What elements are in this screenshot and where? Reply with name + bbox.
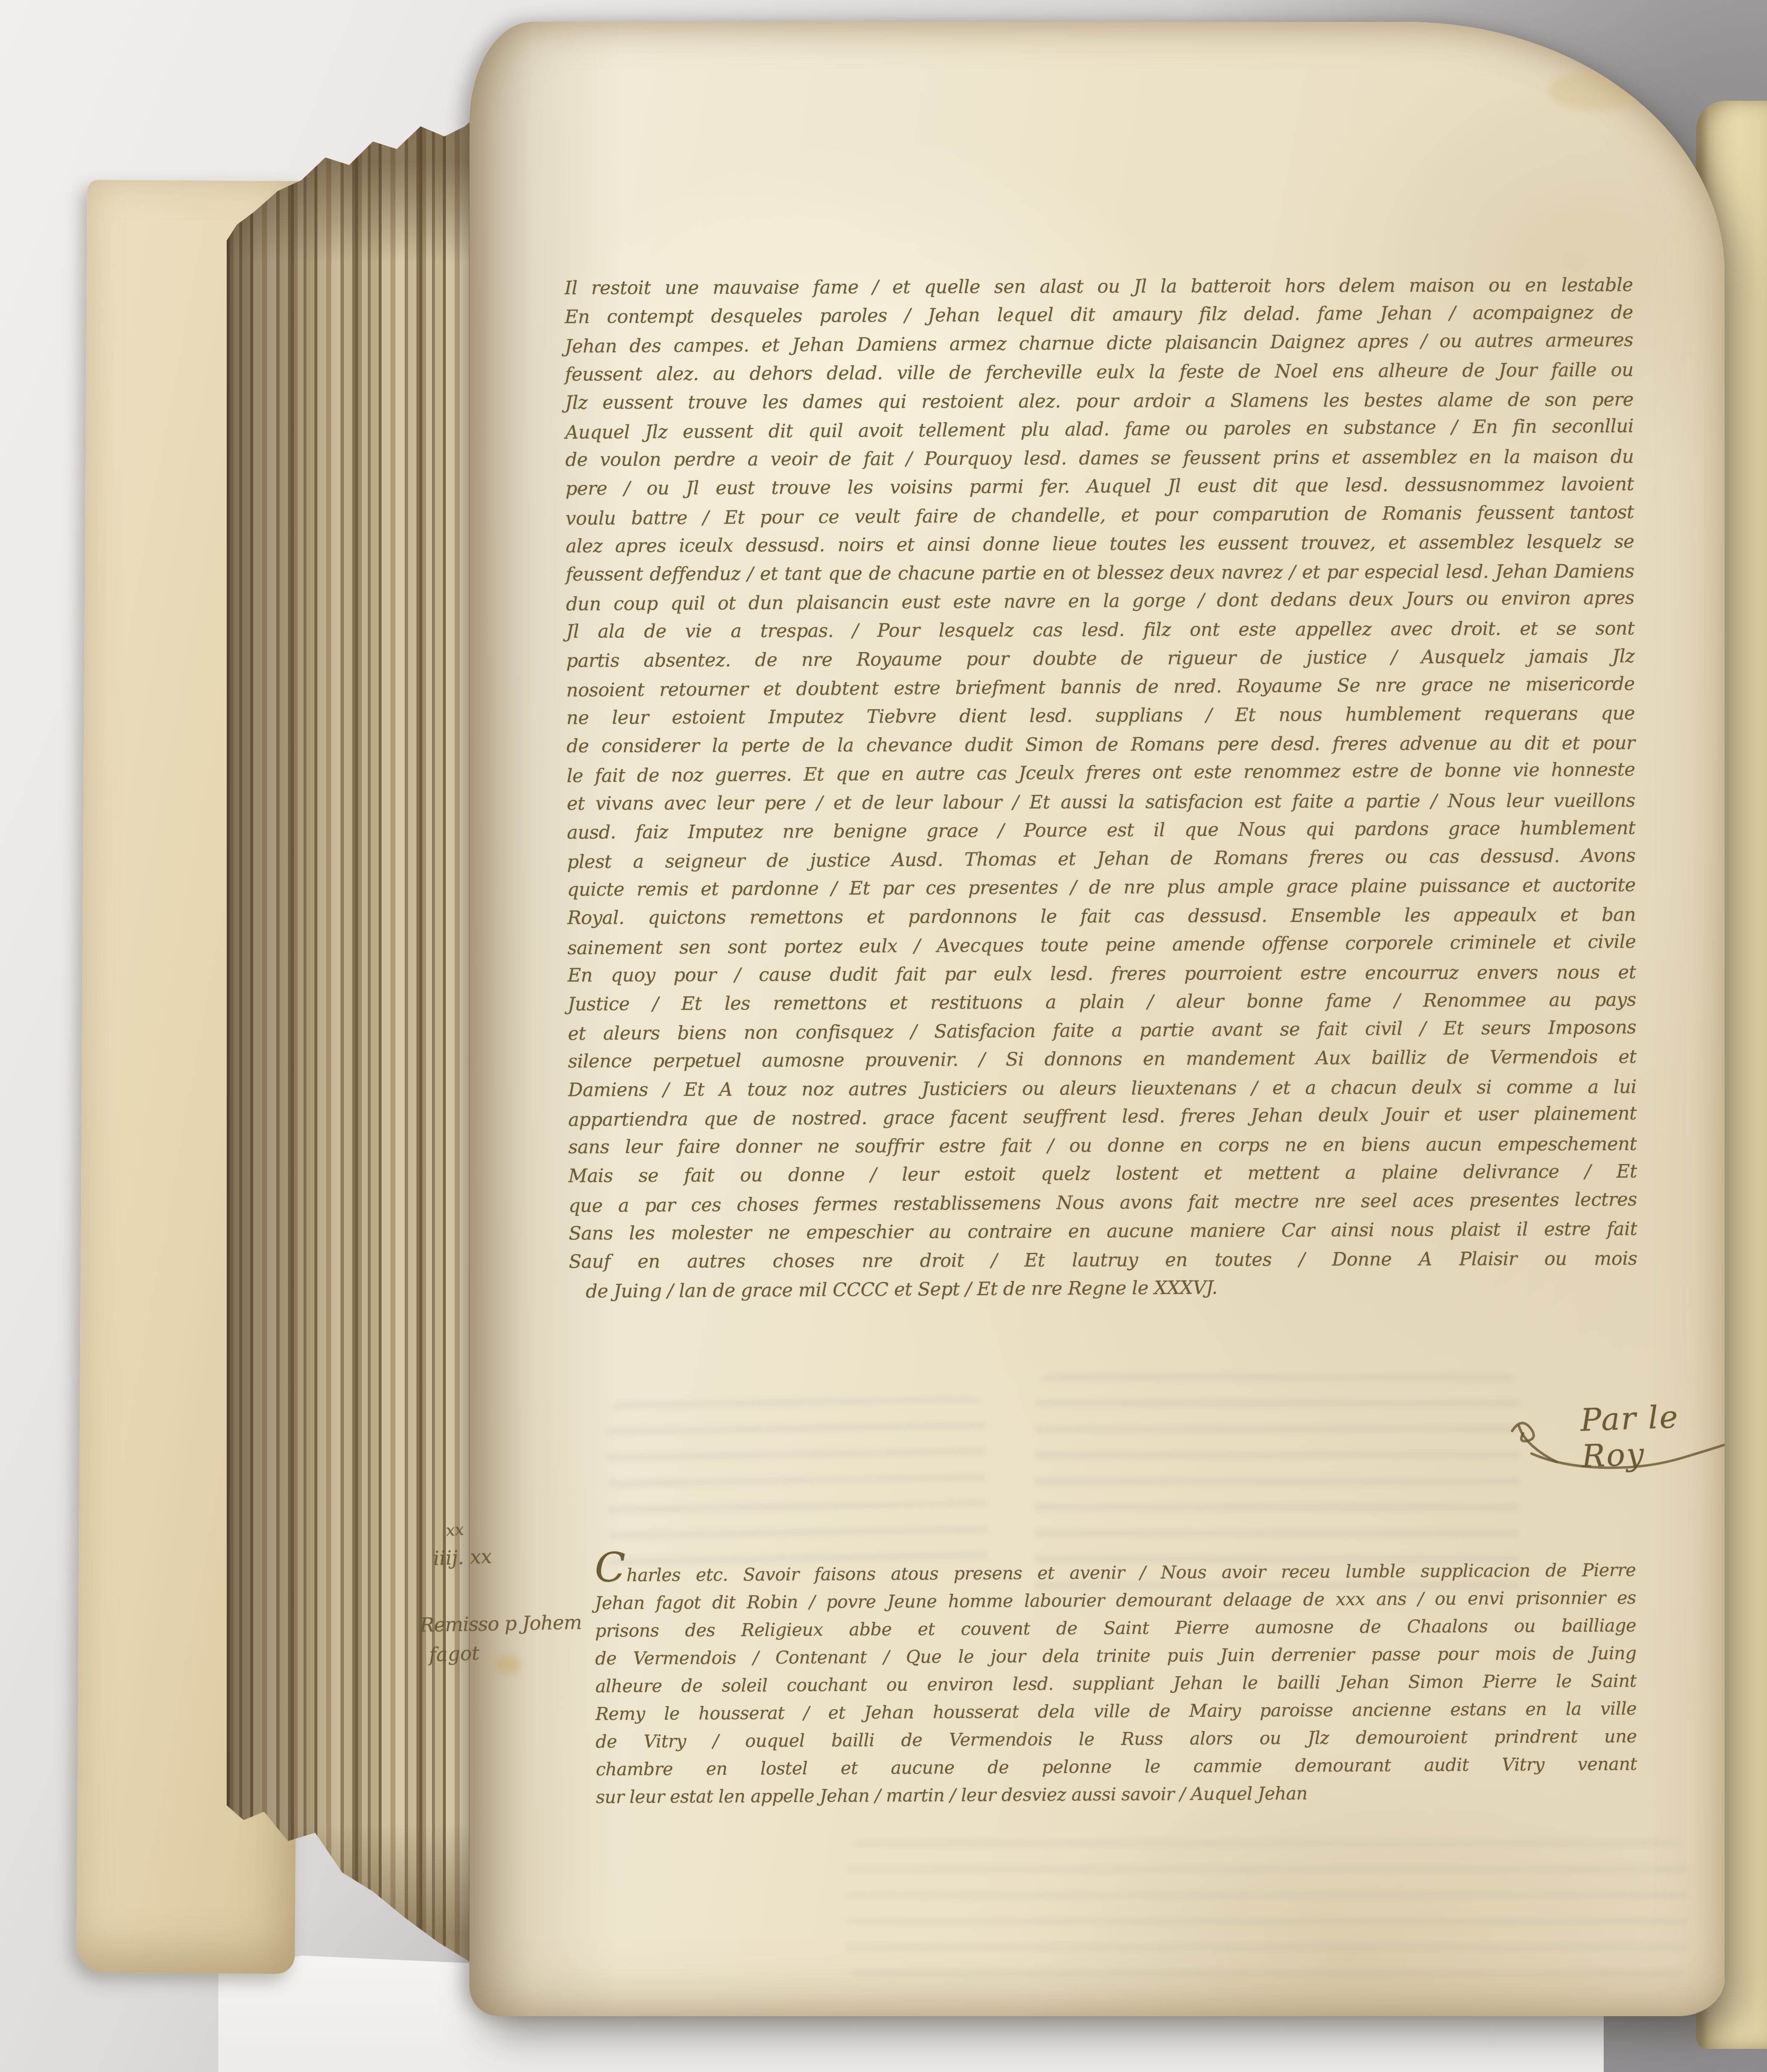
authorization-par-le-roy: Par le Roy	[1580, 1397, 1725, 1475]
parchment-stain	[495, 1655, 520, 1674]
manuscript-text-line: de Juing / lan de grace mil CCCC et Sept…	[569, 1271, 1637, 1306]
manuscript-text-line: Royal. quictons remettons et pardonnons …	[567, 901, 1636, 933]
manuscript-photo-scene: Il restoit une mauvaise fame / et quelle…	[0, 0, 1767, 2072]
manuscript-text-line: de voulon perdre a veoir de fait / Pourq…	[565, 443, 1633, 474]
manuscript-text-line: alez apres iceulx dessusd. noirs et ains…	[565, 527, 1634, 561]
manuscript-text-line: et vivans avec leur pere / et de leur la…	[567, 786, 1635, 818]
manuscript-text-line: Damiens / Et A touz noz autres Justicier…	[568, 1073, 1636, 1105]
margin-rubric-remission-line1: Remisso p Johem	[420, 1611, 582, 1637]
manuscript-text-line: quicte remis et pardonne / Et par ces pr…	[567, 871, 1636, 904]
manuscript-text-line: feussent alez. au dehors delad. ville de…	[565, 356, 1633, 389]
manuscript-text-line: Sans les molester ne empeschier au contr…	[568, 1215, 1637, 1248]
manuscript-text-line: sur leur estat len appelle Jehan / marti…	[596, 1778, 1637, 1811]
manuscript-text-line: Mais se fait ou donne / leur estoit quel…	[568, 1158, 1637, 1191]
manuscript-text-line: silence perpetuel aumosne prouvenir. / S…	[568, 1043, 1636, 1076]
manuscript-text-line: pere / ou Jl eust trouve les voisins par…	[565, 470, 1634, 503]
margin-quire-count-bottom: iiij. xx	[433, 1545, 492, 1570]
parchment-stain	[1548, 72, 1641, 110]
manuscript-text-line: En quoy pour / cause dudit fait par eulx…	[568, 958, 1636, 990]
margin-rubric-remission-line2: fagot	[429, 1642, 480, 1666]
manuscript-text-line: sans leur faire donner ne souffrir estre…	[568, 1130, 1637, 1162]
parchment-recto-page: Il restoit une mauvaise fame / et quelle…	[469, 22, 1725, 2016]
manuscript-text-line: appartiendra que de nostred. grace facen…	[568, 1099, 1636, 1134]
main-entry-text-block: Il restoit une mauvaise fame / et quelle…	[565, 270, 1638, 1305]
ink-showthrough-patch	[847, 1840, 1687, 1978]
manuscript-text-line: Jl ala de vie a trespas. / Pour lesquelz…	[566, 615, 1634, 647]
manuscript-text-line: Sauf en autres choses nre droit / Et lau…	[569, 1244, 1637, 1276]
manuscript-text-line: Il restoit une mauvaise fame / et quelle…	[565, 271, 1633, 303]
manuscript-text-line: chambre en lostel et aucune de pelonne l…	[596, 1750, 1637, 1784]
manuscript-text-line: Jlz eussent trouve les dames qui restoie…	[565, 385, 1633, 417]
manuscript-text-line: le fait de noz guerres. Et que en autre …	[567, 756, 1635, 791]
manuscript-text-line: dun coup quil ot dun plaisancin eust est…	[566, 584, 1634, 619]
manuscript-text-line: Auquel Jlz eussent dit quil avoit tellem…	[565, 412, 1633, 447]
manuscript-text-line: ne leur estoient Imputez Tiebvre dient l…	[566, 699, 1635, 732]
second-entry-text-block: Charles etc. Savoir faisons atous presen…	[594, 1548, 1637, 1811]
margin-quire-count-top: xx	[445, 1520, 465, 1540]
ink-showthrough-patch	[606, 1396, 987, 1579]
manuscript-text-line: partis absentez. de nre Royaume pour dou…	[566, 642, 1635, 675]
manuscript-text-line: Charles etc. Savoir faisons atous presen…	[594, 1548, 1636, 1590]
manuscript-text-line: sainement sen sont portez eulx / Avecque…	[567, 927, 1636, 963]
